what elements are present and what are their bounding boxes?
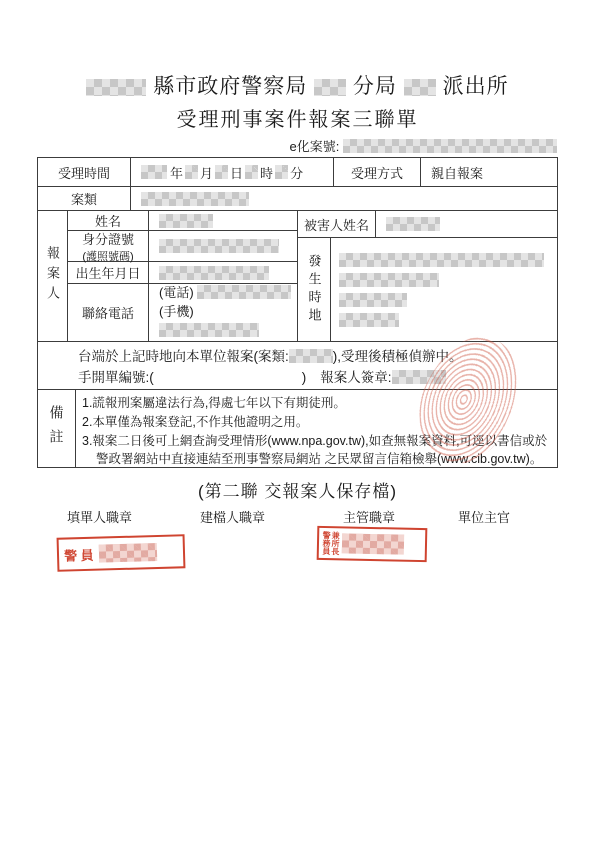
redacted-telephone xyxy=(197,285,291,299)
victim-row: 被害人姓名 xyxy=(298,211,557,238)
case-type-label: 案類 xyxy=(38,187,131,210)
occurrence-label: 發生時地 xyxy=(298,238,331,341)
redacted-occurrence-line2 xyxy=(339,273,439,287)
redacted-county xyxy=(86,79,146,96)
birth-label: 出生年月日 xyxy=(68,262,149,283)
redacted-supervisor-name xyxy=(342,533,404,554)
unit-day: 日 xyxy=(230,163,243,182)
sign-label: 報案人簽章: xyxy=(320,370,391,385)
unit-hour: 時 xyxy=(260,163,273,182)
redacted-occurrence-line4 xyxy=(339,313,399,327)
police-report-document: 縣市政府警察局 分局 派出所 受理刑事案件報案三聯單 e化案號: 受理時間 年 … xyxy=(0,0,595,842)
statement-pre: 台端於上記時地向本單位報案(案類: xyxy=(78,349,289,364)
stamp-label-unit-chief: 單位主官 xyxy=(458,507,510,526)
accept-time-value: 年 月 日 時 分 xyxy=(131,158,334,186)
redacted-mobile xyxy=(159,323,259,337)
handwritten-label: 手開單編號:( xyxy=(78,370,154,385)
reporter-fields: 姓名 身分證號 (護照號碼) 出生年月日 xyxy=(68,211,298,341)
redacted-year xyxy=(141,165,167,179)
org-station: 派出所 xyxy=(443,75,509,98)
redacted-victim-name xyxy=(386,217,440,231)
redacted-ecase-number xyxy=(343,139,557,153)
victim-value xyxy=(376,211,557,237)
phone-mobile-line: (手機) xyxy=(159,303,297,341)
redacted-branch xyxy=(314,79,346,96)
redacted-hour xyxy=(245,165,258,179)
redacted-statement-case-type xyxy=(289,349,333,363)
birth-row: 出生年月日 xyxy=(68,262,297,284)
redacted-day xyxy=(215,165,228,179)
accept-time-row: 受理時間 年 月 日 時 分 受理方式 親自報案 xyxy=(38,158,557,187)
stamp-label-filler: 填單人職章 xyxy=(67,507,132,526)
officer-stamp-title: 警 員 xyxy=(64,544,94,564)
reporter-section: 報案人 姓名 身分證號 (護照號碼) xyxy=(38,211,557,342)
case-type-value xyxy=(131,187,557,210)
phone-mobile-label: (手機) xyxy=(159,304,194,319)
handwritten-close: ) xyxy=(302,370,307,385)
victim-label: 被害人姓名 xyxy=(298,211,376,237)
statement-line1: 台端於上記時地向本單位報案(案類:),受理後積極偵辦中。 xyxy=(78,347,463,368)
unit-year: 年 xyxy=(170,163,183,182)
id-row: 身分證號 (護照號碼) xyxy=(68,231,297,262)
id-value xyxy=(149,231,297,261)
id-label-cell: 身分證號 (護照號碼) xyxy=(68,231,149,261)
unit-month: 月 xyxy=(200,163,213,182)
redacted-birth-date xyxy=(159,266,269,280)
phone-row: 聯絡電話 (電話) (手機) xyxy=(68,284,297,341)
officer-stamp: 警 員 xyxy=(57,534,186,572)
accept-time-label: 受理時間 xyxy=(38,158,131,186)
stamp-label-supervisor: 主管職章 xyxy=(343,507,395,526)
id-label: 身分證號 xyxy=(82,229,134,248)
phone-tel-line: (電話) xyxy=(159,284,291,303)
redacted-name xyxy=(159,214,213,228)
redacted-officer-name xyxy=(98,543,156,563)
copy-heading: (第二聯 交報案人保存檔) xyxy=(0,477,595,502)
redacted-case-type xyxy=(141,192,249,206)
statement-cell: 台端於上記時地向本單位報案(案類:),受理後積極偵辦中。 手開單編號:()報案人… xyxy=(38,342,471,389)
redacted-minute xyxy=(275,165,288,179)
victim-occurrence-block: 被害人姓名 發生時地 xyxy=(298,211,557,341)
unit-minute: 分 xyxy=(290,163,303,182)
phone-value-cell: (電話) (手機) xyxy=(149,284,297,341)
case-type-row: 案類 xyxy=(38,187,557,211)
name-value xyxy=(149,211,297,230)
form-title: 受理刑事案件報案三聯單 xyxy=(0,103,595,132)
supervisor-stamp: 警務員 兼所長 xyxy=(317,526,428,562)
redacted-occurrence-line3 xyxy=(339,293,407,307)
phone-tel-label: (電話) xyxy=(159,285,194,300)
statement-line2: 手開單編號:()報案人簽章: xyxy=(78,368,463,389)
redacted-occurrence-line1 xyxy=(339,253,544,267)
accept-method-value: 親自報案 xyxy=(421,158,557,186)
ecase-line: e化案號: xyxy=(0,136,557,155)
name-label: 姓名 xyxy=(68,211,149,230)
supervisor-stamp-title: 警務員 兼所長 xyxy=(322,531,339,555)
org-name: 縣市政府警察局 xyxy=(153,75,307,98)
birth-value xyxy=(149,262,297,283)
occurrence-row: 發生時地 xyxy=(298,238,557,341)
supervisor-title-col2: 兼所長 xyxy=(331,531,340,555)
stamp-label-archiver: 建檔人職章 xyxy=(200,507,265,526)
org-branch: 分局 xyxy=(353,75,397,98)
redacted-id-number xyxy=(159,239,279,253)
redacted-station xyxy=(404,79,436,96)
ecase-label: e化案號: xyxy=(290,139,340,154)
redacted-month xyxy=(185,165,198,179)
accept-method-label: 受理方式 xyxy=(334,158,421,186)
supervisor-title-col1: 警務員 xyxy=(322,531,331,555)
occurrence-value xyxy=(331,238,557,341)
notes-label: 備註 xyxy=(38,390,76,467)
document-title-line1: 縣市政府警察局 分局 派出所 xyxy=(0,70,595,100)
reporter-label: 報案人 xyxy=(38,211,68,341)
phone-label: 聯絡電話 xyxy=(68,284,149,341)
